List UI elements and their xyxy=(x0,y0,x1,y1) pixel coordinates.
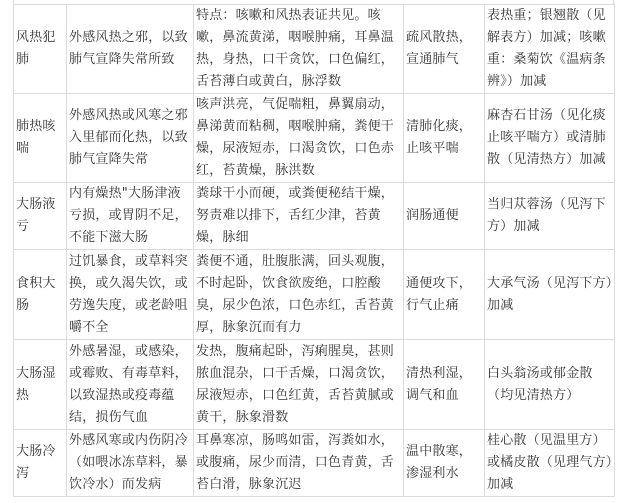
syndrome-cell: 大肠湿热 xyxy=(14,340,67,430)
treatment-cell: 清热利湿，调气和血 xyxy=(404,340,485,430)
cause-cell: 外感风热或风寒之邪入里郁而化热，以致肺气宣降失常 xyxy=(67,94,194,183)
cause-cell: 外感风寒或内伤阴冷（如喂冰冻草料，暴饮冷水）而发病 xyxy=(67,430,194,497)
table-row: 大肠液亏 内有燥热"大肠津液亏损，或胃阴不足，不能下滋大肠 粪球干小而硬，或粪便… xyxy=(14,183,615,250)
prescription-cell: 当归苁蓉汤（见泻下方）加减 xyxy=(485,183,615,250)
table-row: 食积大肠 过饥暴食，或草料突换，或久渴失饮，或劳逸失度，或老龄咀嚼不全 粪便不通… xyxy=(14,250,615,340)
prescription-cell: 桂心散（见温里方）或橘皮散（见理气方）加减 xyxy=(485,430,615,497)
symptoms-cell: 耳鼻寒凉，肠鸣如雷，泻粪如水，或腹痛，尿少而清，口色青黄，舌苔白滑，脉象沉迟 xyxy=(194,430,404,497)
treatment-cell: 温中散寒，渗湿利水 xyxy=(404,430,485,497)
table-row: 大肠湿热 外感暑湿，或感染，或霉败、有毒草料，以致湿热或疫毒蕴结，损伤气血 发热… xyxy=(14,340,615,430)
treatment-cell: 通便攻下，行气止痛 xyxy=(404,250,485,340)
table-row: 肺热咳喘 外感风热或风寒之邪入里郁而化热，以致肺气宣降失常 咳声洪亮，气促喘粗，… xyxy=(14,94,615,183)
prescription-cell: 白头翁汤或郁金散（均见清热方） xyxy=(485,340,615,430)
syndrome-cell: 风热犯肺 xyxy=(14,5,67,94)
prescription-cell: 大承气汤（见泻下方）加减 xyxy=(485,250,615,340)
treatment-cell: 疏风散热，宣通肺气 xyxy=(404,5,485,94)
syndrome-cell: 大肠液亏 xyxy=(14,183,67,250)
syndrome-cell: 大肠冷泻 xyxy=(14,430,67,497)
syndrome-table: 风热犯肺 外感风热之邪，以致肺气宣降失常所致 特点：咳嗽和风热表证共见。咳嗽，鼻… xyxy=(13,4,615,497)
table-row: 风热犯肺 外感风热之邪，以致肺气宣降失常所致 特点：咳嗽和风热表证共见。咳嗽，鼻… xyxy=(14,5,615,94)
symptoms-cell: 咳声洪亮，气促喘粗，鼻翼扇动，鼻涕黄而粘稠，咽喉肿痛，粪便干燥，尿液短赤，口渴贪… xyxy=(194,94,404,183)
cause-cell: 内有燥热"大肠津液亏损，或胃阴不足，不能下滋大肠 xyxy=(67,183,194,250)
cause-cell: 外感暑湿，或感染，或霉败、有毒草料，以致湿热或疫毒蕴结，损伤气血 xyxy=(67,340,194,430)
symptoms-cell: 特点：咳嗽和风热表证共见。咳嗽，鼻流黄涕，咽喉肿痛，耳鼻温热，身热，口干贪饮，口… xyxy=(194,5,404,94)
syndrome-cell: 食积大肠 xyxy=(14,250,67,340)
treatment-cell: 清肺化痰，止咳平喘 xyxy=(404,94,485,183)
table-row: 大肠冷泻 外感风寒或内伤阴冷（如喂冰冻草料，暴饮冷水）而发病 耳鼻寒凉，肠鸣如雷… xyxy=(14,430,615,497)
symptoms-cell: 发热，腹痛起卧，泻痢腥臭，甚则脓血混杂，口干舌燥，口渴贪饮，尿液短赤，口色红黄，… xyxy=(194,340,404,430)
symptoms-cell: 粪球干小而硬，或粪便秘结干燥，努责难以排下，舌红少津，苔黄燥，脉细 xyxy=(194,183,404,250)
prescription-cell: 表热重；银翘散（见解表方）加减；咳嗽重：桑菊饮《温病条辨》）加减 xyxy=(485,5,615,94)
prescription-cell: 麻杏石甘汤（见化痰止咳平喘方）或清肺散（见清热方）加减 xyxy=(485,94,615,183)
treatment-cell: 润肠通便 xyxy=(404,183,485,250)
syndrome-cell: 肺热咳喘 xyxy=(14,94,67,183)
cause-cell: 过饥暴食，或草料突换，或久渴失饮，或劳逸失度，或老龄咀嚼不全 xyxy=(67,250,194,340)
symptoms-cell: 粪便不通，肚腹胀满，回头观腹，不时起卧，饮食欲废绝，口腔酸臭，尿少色浓，口色赤红… xyxy=(194,250,404,340)
cause-cell: 外感风热之邪，以致肺气宣降失常所致 xyxy=(67,5,194,94)
